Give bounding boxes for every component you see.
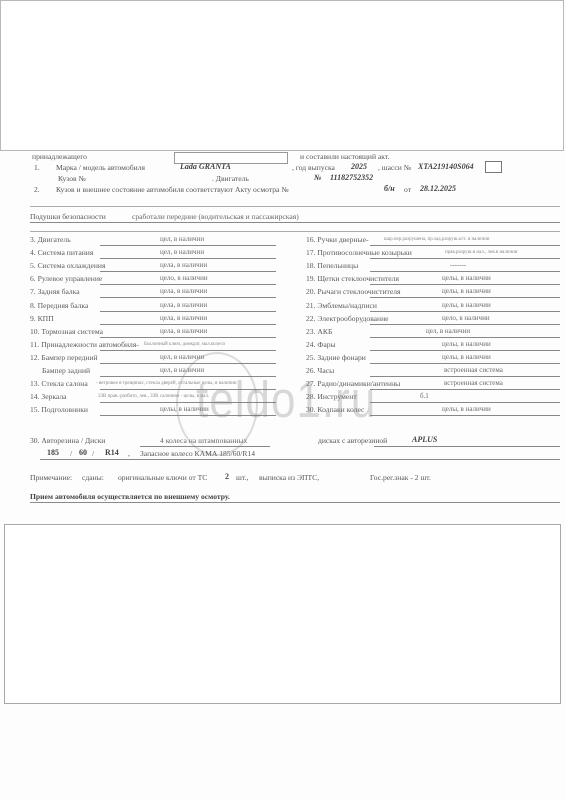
checklist-label: 10. Тормозная система (30, 327, 103, 336)
note-keys-count: 2 (225, 472, 229, 481)
checklist-label: 24. Фары (306, 340, 336, 349)
checklist-label: 17. Противосолнечные козырьки (306, 248, 412, 257)
checklist-value: цела, в наличии (160, 261, 207, 269)
checklist-label: 15. Подголовники (30, 405, 88, 414)
checklist-label: Бампер задний (42, 366, 90, 375)
act-date-label: от (404, 185, 411, 194)
checklist-label: 18. Пепельницы (306, 261, 358, 270)
sep: , (128, 449, 130, 458)
airbags-value: сработали передние (водительская и пасса… (132, 212, 299, 221)
checklist-label: 12. Бампер передний (30, 353, 98, 362)
year-label: , год выпуска (292, 163, 335, 172)
underline (370, 337, 560, 338)
sep: / (92, 449, 94, 458)
underline (100, 284, 276, 285)
airbags-label: Подушки безопасности (30, 212, 106, 221)
underline (374, 446, 560, 447)
checklist-label: 3. Двигатель (30, 235, 71, 244)
underline (370, 311, 560, 312)
tyre-brand: APLUS (412, 435, 437, 444)
underline (370, 324, 560, 325)
rim-radius: R14 (105, 448, 119, 457)
make-model-label: Марка / модель автомобиля (56, 163, 145, 172)
checklist-value: ------- (450, 261, 466, 269)
checklist-value: цел, в наличии (160, 248, 204, 256)
underline (370, 376, 560, 377)
redacted-signature-area (4, 524, 561, 704)
checklist-value: встроенная система (444, 366, 503, 374)
checklist-label: 5. Система охлаждения (30, 261, 105, 270)
checklist-value: цела, в наличии (160, 287, 207, 295)
underline (370, 284, 560, 285)
rims-label: дисках с авторезиной (318, 436, 387, 445)
underline (100, 297, 276, 298)
line1-number: 1. (34, 163, 40, 172)
belonging-label: принадлежащего (32, 152, 87, 161)
checklist-value: цело, в наличии (442, 314, 490, 322)
checklist-label: 23. АКБ (306, 327, 332, 336)
checklist-value: цела, в наличии (160, 301, 207, 309)
checklist-value: шар.пер.разрушена, пр.зад.разруш.ост. в … (384, 237, 489, 242)
checklist-value: баллонный ключ, домкрат, мал.колесо (144, 342, 225, 347)
engine-label: . Двигатель (212, 174, 249, 183)
tyre-width: 185 (47, 448, 59, 457)
underline (370, 415, 560, 416)
checklist-label: 6. Рулевое управление (30, 274, 102, 283)
underline (370, 389, 560, 390)
checklist-value: целы, в наличии (442, 405, 491, 413)
underline (100, 363, 276, 364)
checklist-value: целы, в наличии (442, 287, 491, 295)
underline (100, 245, 276, 246)
checklist-value: встроенная система (444, 379, 503, 387)
note-keys: оригинальные ключи от ТС (118, 473, 207, 482)
checklist-value: прав.разруш.в нал., лев.в наличии (445, 250, 517, 255)
act-number: б/н (384, 184, 395, 193)
checklist-label: 14. Зеркала (30, 392, 67, 401)
engine-no-prefix: № (314, 173, 321, 182)
checklist-label: 9. КПП (30, 314, 54, 323)
make-model-value: Lada GRANTA (180, 162, 231, 171)
sep: / (70, 449, 72, 458)
checklist-value: цела, в наличии (160, 314, 207, 322)
underline (100, 350, 276, 351)
note-keys-unit: шт., (236, 473, 248, 482)
chassis-value: XTA219140S064 (418, 162, 474, 171)
tyre-profile: 60 (79, 448, 87, 457)
checklist-value: целы, в наличии (442, 274, 491, 282)
checklist-value: цела, в наличии (160, 327, 207, 335)
chassis-label: , шасси № (378, 163, 411, 172)
divider (30, 231, 560, 232)
checklist-value: б.1 (420, 392, 429, 400)
checklist-value: цело, в наличии (160, 274, 208, 282)
checklist-label: 25. Задние фонари (306, 353, 366, 362)
underline (370, 350, 560, 351)
note-plates: Гос.рег.знак - 2 шт. (370, 473, 431, 482)
underline (100, 271, 276, 272)
checklist-label: 11. Принадлежности автомобиля- (30, 340, 139, 349)
acceptance-statement: Прием автомобиля осуществляется по внешн… (30, 492, 230, 501)
checklist-label: 13. Стекла салона (30, 379, 88, 388)
underline (100, 258, 276, 259)
engine-number: 11182752352 (330, 173, 373, 182)
checklist-label: 21. Эмблемы/надписи (306, 301, 377, 310)
underline (40, 459, 560, 460)
redacted-header-area (0, 0, 564, 151)
underline (100, 311, 276, 312)
checklist-label: 8. Передняя балка (30, 301, 88, 310)
redacted-vin-suffix (485, 161, 502, 173)
checklist-value: целы, в наличии (442, 340, 491, 348)
underline (370, 363, 560, 364)
inspection-statement: Кузов и внешнее состояние автомобиля соо… (56, 185, 289, 194)
underline (370, 271, 560, 272)
note-extract: выписка из ЭПТС, (259, 473, 319, 482)
line2-number: 2. (34, 185, 40, 194)
divider (30, 222, 560, 223)
checklist-label: 16. Ручки дверные- (306, 235, 369, 244)
divider (30, 206, 560, 207)
checklist-value: цел, в наличии (160, 235, 204, 243)
body-label: Кузов № (58, 174, 86, 183)
checklist-value: цел, в наличии (426, 327, 470, 335)
underline (370, 297, 560, 298)
year-value: 2025 (351, 162, 367, 171)
watermark: teldo1.ru (196, 372, 376, 430)
checklist-value: целы, в наличии (442, 353, 491, 361)
divider (30, 502, 560, 503)
act-text: и составили настоящий акт. (300, 152, 390, 161)
note-handed: сданы: (82, 473, 104, 482)
checklist-label: 19. Щетки стеклоочистителя (306, 274, 399, 283)
underline (370, 245, 560, 246)
underline (100, 337, 276, 338)
checklist-label: 7. Задняя балка (30, 287, 80, 296)
checklist-value: целы, в наличии (442, 301, 491, 309)
underline (370, 402, 560, 403)
act-date: 28.12.2025 (420, 184, 456, 193)
checklist-label: 22. Электрооборудование (306, 314, 389, 323)
wheels-label: 30. Авторезина / Диски (30, 436, 105, 445)
checklist-label: 4. Система питания (30, 248, 93, 257)
underline (100, 324, 276, 325)
underline (370, 258, 560, 259)
checklist-label: 20. Рычаги стеклоочистителя (306, 287, 401, 296)
note-label: Примечание: (30, 473, 72, 482)
